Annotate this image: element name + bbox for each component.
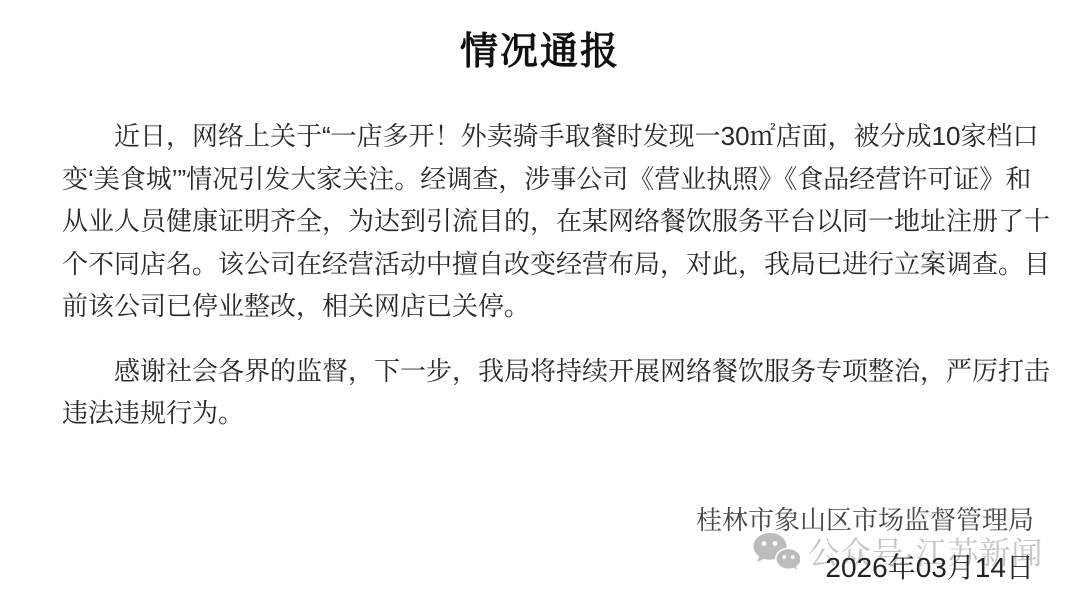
body-line: 个不同店名。该公司在经营活动中擅自改变经营布局，对此，我局已进行立案调查。目 <box>62 243 1040 286</box>
issue-date: 2026年03月14日 <box>696 548 1034 588</box>
issuing-authority: 桂林市象山区市场监督管理局 <box>696 500 1034 540</box>
body-line: 感谢社会各界的监督，下一步，我局将持续开展网络餐饮服务专项整治，严厉打击 <box>62 350 1040 393</box>
signature-block: 桂林市象山区市场监督管理局 2026年03月14日 <box>696 500 1034 588</box>
body-line: 近日，网络上关于“一店多开！外卖骑手取餐时发现一30㎡店面，被分成10家档口 <box>62 115 1040 158</box>
page-title: 情况通报 <box>0 0 1080 75</box>
body-line: 前该公司已停业整改，相关网店已关停。 <box>62 285 1040 328</box>
body-line: 变‘美食城’”情况引发大家关注。经调查，涉事公司《营业执照》《食品经营许可证》和 <box>62 158 1040 201</box>
notice-document: 情况通报 近日，网络上关于“一店多开！外卖骑手取餐时发现一30㎡店面，被分成10… <box>0 0 1080 591</box>
paragraph: 近日，网络上关于“一店多开！外卖骑手取餐时发现一30㎡店面，被分成10家档口变‘… <box>62 115 1040 328</box>
body-line: 从业人员健康证明齐全，为达到引流目的，在某网络餐饮服务平台以同一地址注册了十 <box>62 200 1040 243</box>
paragraph: 感谢社会各界的监督，下一步，我局将持续开展网络餐饮服务专项整治，严厉打击违法违规… <box>62 350 1040 435</box>
body-paragraphs: 近日，网络上关于“一店多开！外卖骑手取餐时发现一30㎡店面，被分成10家档口变‘… <box>0 115 1080 435</box>
body-line: 违法违规行为。 <box>62 392 1040 435</box>
